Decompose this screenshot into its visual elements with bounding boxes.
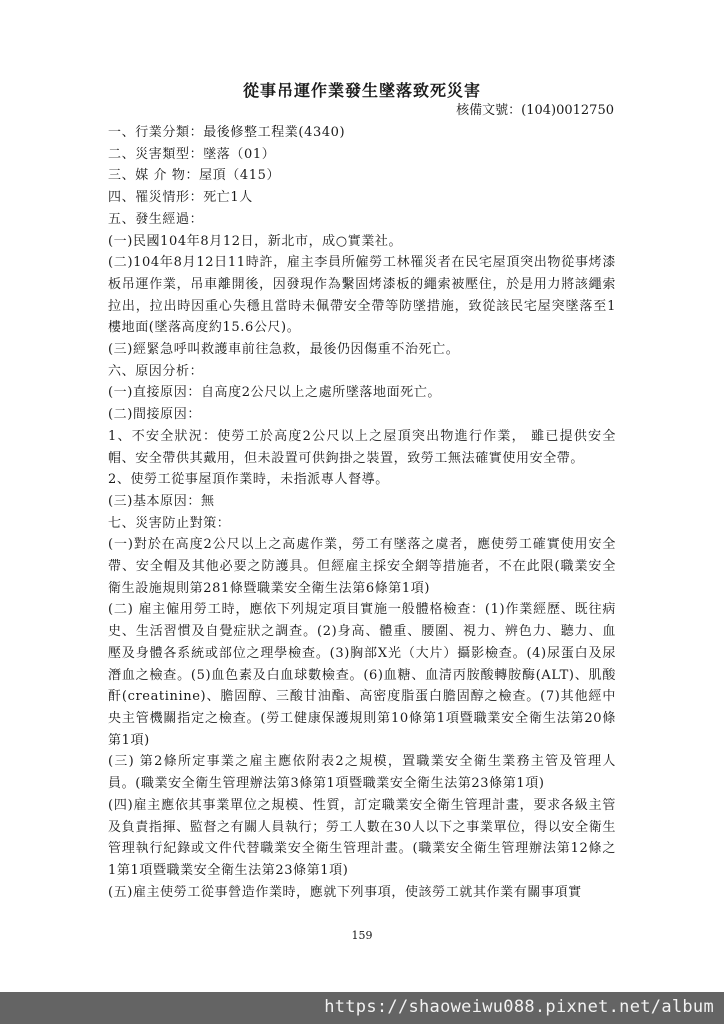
watermark-url: https://shaoweiwu088.pixnet.net/album	[324, 997, 714, 1017]
page-number: 159	[0, 929, 724, 942]
occurrence-item-3: (三)經緊急呼叫救護車前往急救，最後仍因傷重不治死亡。	[108, 339, 616, 361]
basic-cause: (三)基本原因：無	[108, 491, 616, 513]
occurrence-item-1: (一)民國104年8月12日，新北市，成○實業社。	[108, 231, 616, 253]
direct-cause: (一)直接原因：自高度2公尺以上之處所墜落地面死亡。	[108, 382, 616, 404]
document-body: 一、行業分類：最後修整工程業(4340) 二、災害類型：墜落（01） 三、媒 介…	[108, 122, 616, 903]
section-heading-cause-analysis: 六、原因分析：	[108, 361, 616, 383]
indirect-cause-2: 2、使勞工從事屋頂作業時，未指派專人督導。	[108, 469, 616, 491]
indirect-cause-heading: (二)間接原因：	[108, 404, 616, 426]
section-heading-occurrence: 五、發生經過：	[108, 209, 616, 231]
medium: 三、媒 介 物：屋頂（415）	[108, 165, 616, 187]
prevention-item-1: (一)對於在高度2公尺以上之高處作業，勞工有墜落之虞者，應使勞工確實使用安全帶、…	[108, 534, 616, 599]
section-heading-prevention: 七、災害防止對策：	[108, 513, 616, 535]
disaster-type: 二、災害類型：墜落（01）	[108, 144, 616, 166]
watermark-bar: https://shaoweiwu088.pixnet.net/album	[0, 992, 724, 1024]
document-page: 從事吊運作業發生墜落致死災害 核備文號：(104)0012750 一、行業分類：…	[0, 0, 724, 992]
occurrence-item-2: (二)104年8月12日11時許，雇主李員所僱勞工林罹災者在民宅屋頂突出物從事烤…	[108, 252, 616, 339]
prevention-item-4: (四)雇主應依其事業單位之規模、性質，訂定職業安全衛生管理計畫，要求各級主管及負…	[108, 795, 616, 882]
prevention-item-3: (三) 第2條所定事業之雇主應依附表2之規模，置職業安全衛生業務主管及管理人員。…	[108, 751, 616, 794]
indirect-cause-1: 1、不安全狀況：使勞工於高度2公尺以上之屋頂突出物進行作業， 雖已提供安全帽、安…	[108, 426, 616, 469]
casualty-status: 四、罹災情形：死亡1人	[108, 187, 616, 209]
document-title: 從事吊運作業發生墜落致死災害	[0, 78, 724, 101]
prevention-item-2: (二) 雇主僱用勞工時，應依下列規定項目實施一般體格檢查：(1)作業經歷、既往病…	[108, 599, 616, 751]
prevention-item-5: (五)雇主使勞工從事營造作業時，應就下列事項，使該勞工就其作業有關事項實	[108, 882, 616, 904]
industry-classification: 一、行業分類：最後修整工程業(4340)	[108, 122, 616, 144]
document-number: 核備文號：(104)0012750	[456, 99, 614, 118]
